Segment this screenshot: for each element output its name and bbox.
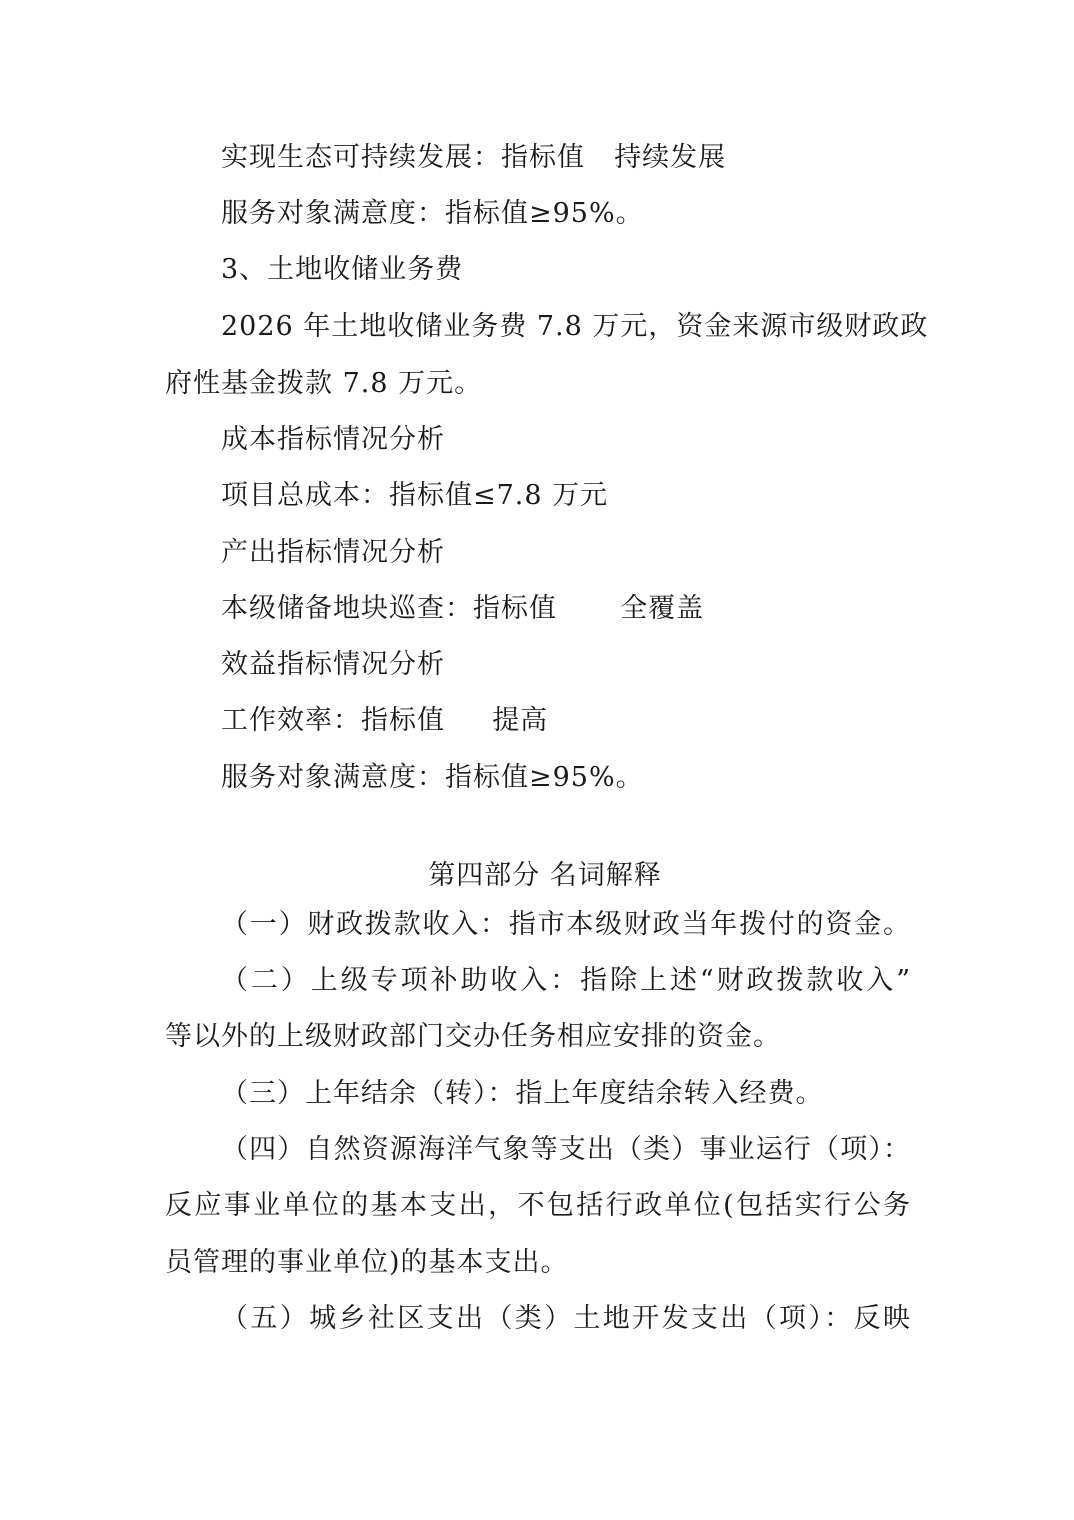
term-2-line2: 等以外的上级财政部门交办任务相应安排的资金。 (165, 1019, 781, 1055)
term-3-line1: （三）上年结余（转）：指上年度结余转入经费。 (221, 1076, 824, 1112)
term-1-line1: （一）财政拨款收入：指市本级财政当年拨付的资金。 (221, 907, 911, 943)
indicator-satisfaction: 服务对象满意度：指标值≥95%。 (221, 196, 644, 232)
indicator-value: 提高 (492, 705, 548, 736)
cost-indicator-heading: 成本指标情况分析 (221, 422, 445, 458)
term-4-line2: 反应事业单位的基本支出，不包括行政单位(包括实行公务 (165, 1188, 911, 1224)
term-4-line1: （四）自然资源海洋气象等支出（类）事业运行（项）： (221, 1132, 911, 1168)
section-heading: 第四部分 名词解释 (0, 858, 1074, 894)
term-2-line1: （二）上级专项补助收入：指除上述“财政拨款收入” (221, 963, 911, 999)
indicator-total-cost: 项目总成本：指标值≤7.8 万元 (221, 478, 608, 514)
output-indicator-heading: 产出指标情况分析 (221, 535, 445, 571)
term-4-line3: 员管理的事业单位)的基本支出。 (165, 1245, 569, 1281)
item-title: 3、土地收储业务费 (221, 252, 463, 288)
term-5-line1: （五）城乡社区支出（类）土地开发支出（项）：反映 (221, 1301, 911, 1337)
indicator-satisfaction: 服务对象满意度：指标值≥95%。 (221, 760, 644, 796)
indicator-value: 全覆盖 (620, 593, 704, 624)
indicator-label: 工作效率：指标值 (221, 705, 445, 736)
document-page: 实现生态可持续发展：指标值 持续发展 服务对象满意度：指标值≥95%。 3、土地… (0, 0, 1074, 1520)
item-description-line1: 2026 年土地收储业务费 7.8 万元，资金来源市级财政政 (221, 309, 913, 345)
indicator-label: 实现生态可持续发展：指标值 (221, 142, 585, 173)
item-description-line2: 府性基金拨款 7.8 万元。 (165, 366, 482, 402)
indicator-ecology-sustainable: 实现生态可持续发展：指标值 持续发展 (221, 140, 726, 176)
indicator-label: 本级储备地块巡查：指标值 (221, 593, 557, 624)
indicator-patrol: 本级储备地块巡查：指标值 全覆盖 (221, 591, 704, 627)
benefit-indicator-heading: 效益指标情况分析 (221, 647, 445, 683)
indicator-efficiency: 工作效率：指标值 提高 (221, 703, 548, 739)
indicator-value: 持续发展 (614, 142, 726, 173)
